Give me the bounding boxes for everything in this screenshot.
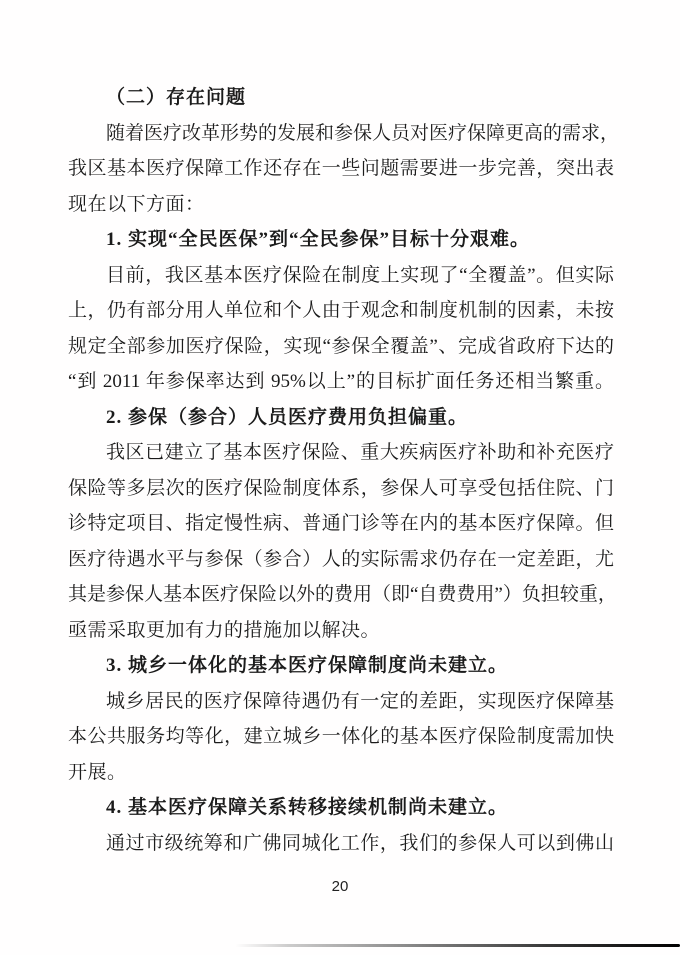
- subheading-2: 2. 参保（参合）人员医疗费用负担偏重。: [68, 400, 614, 436]
- paragraph-line: 目前，我区基本医疗保险在制度上实现了“全覆盖”。但实际: [68, 258, 614, 294]
- subheading-3: 3. 城乡一体化的基本医疗保障制度尚未建立。: [68, 648, 614, 684]
- paragraph-line: 现在以下方面：: [68, 187, 614, 223]
- paragraph-line: 医疗待遇水平与参保（参合）人的实际需求仍存在一定差距，尤: [68, 542, 614, 578]
- scan-artifact-line: [235, 944, 680, 947]
- paragraph-line: 我区基本医疗保障工作还存在一些问题需要进一步完善，突出表: [68, 151, 614, 187]
- page-number: 20: [0, 878, 680, 895]
- subheading-4: 4. 基本医疗保障关系转移接续机制尚未建立。: [68, 790, 614, 826]
- subheading-1: 1. 实现“全民医保”到“全民参保”目标十分艰难。: [68, 222, 614, 258]
- document-body: （二）存在问题 随着医疗改革形势的发展和参保人员对医疗保障更高的需求， 我区基本…: [68, 80, 614, 861]
- paragraph-line: 诊特定项目、指定慢性病、普通门诊等在内的基本医疗保障。但: [68, 506, 614, 542]
- paragraph-line: 其是参保人基本医疗保险以外的费用（即“自费费用”）负担较重，: [68, 577, 614, 613]
- paragraph-line: 开展。: [68, 755, 614, 791]
- paragraph-line: 上，仍有部分用人单位和个人由于观念和制度机制的因素，未按: [68, 293, 614, 329]
- paragraph-line: 规定全部参加医疗保险，实现“参保全覆盖”、完成省政府下达的: [68, 329, 614, 365]
- document-page: （二）存在问题 随着医疗改革形势的发展和参保人员对医疗保障更高的需求， 我区基本…: [0, 0, 680, 955]
- paragraph-line: 通过市级统筹和广佛同城化工作，我们的参保人可以到佛山: [68, 826, 614, 862]
- section-heading: （二）存在问题: [68, 80, 614, 116]
- paragraph-line: 亟需采取更加有力的措施加以解决。: [68, 613, 614, 649]
- paragraph-line: 保险等多层次的医疗保险制度体系，参保人可享受包括住院、门: [68, 471, 614, 507]
- paragraph-line: “到 2011 年参保率达到 95%以上”的目标扩面任务还相当繁重。: [68, 364, 614, 400]
- paragraph-line: 随着医疗改革形势的发展和参保人员对医疗保障更高的需求，: [68, 116, 614, 152]
- paragraph-line: 城乡居民的医疗保障待遇仍有一定的差距，实现医疗保障基: [68, 684, 614, 720]
- paragraph-line: 我区已建立了基本医疗保险、重大疾病医疗补助和补充医疗: [68, 435, 614, 471]
- paragraph-line: 本公共服务均等化，建立城乡一体化的基本医疗保险制度需加快: [68, 719, 614, 755]
